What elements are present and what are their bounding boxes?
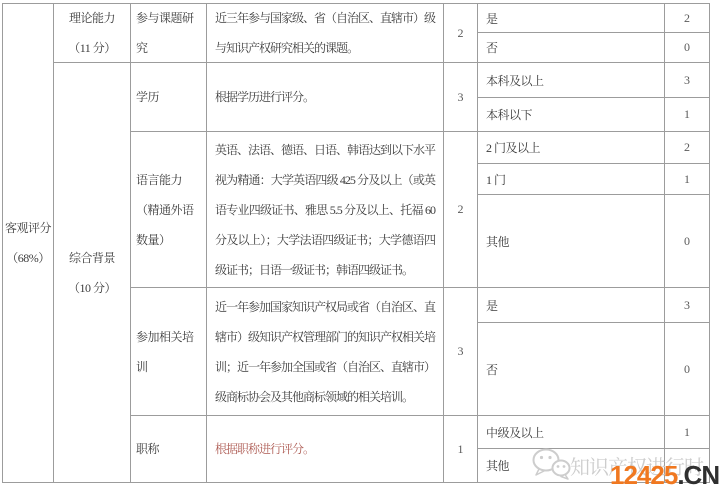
option-label: 本科以下 xyxy=(478,98,665,132)
item-name-language: 语言能力（精通外语数量） xyxy=(131,132,207,288)
group-score-note: （10 分） xyxy=(68,273,116,303)
item-score-education: 3 xyxy=(444,63,478,132)
option-points: 0 xyxy=(665,195,710,288)
category-label: 客观评分 xyxy=(5,213,51,243)
option-points: 1 xyxy=(665,164,710,195)
option-points: 3 xyxy=(665,63,710,98)
item-score-title: 1 xyxy=(444,416,478,483)
option-label: 是 xyxy=(478,4,665,33)
item-score-research: 2 xyxy=(444,4,478,63)
item-desc-training: 近一年参加国家知识产权局或省（自治区、直辖市）级知识产权管理部门的知识产权相关培… xyxy=(207,288,444,416)
option-points: 1 xyxy=(665,416,710,449)
option-label: 2 门及以上 xyxy=(478,132,665,164)
item-score-language: 2 xyxy=(444,132,478,288)
scoring-table: 客观评分 （68%） 理论能力 （11 分） 综合背景 （10 分） 参与课题研… xyxy=(2,3,710,483)
option-points: 2 xyxy=(665,132,710,164)
option-points: 2 xyxy=(665,4,710,33)
item-desc-title: 根据职称进行评分。 xyxy=(207,416,444,483)
option-label: 否 xyxy=(478,323,665,416)
group-score-note: （11 分） xyxy=(68,33,116,63)
group-theory-cell: 理论能力 （11 分） xyxy=(54,4,131,63)
option-points: 0 xyxy=(665,33,710,63)
group-label: 理论能力 xyxy=(68,4,116,33)
option-label: 1 门 xyxy=(478,164,665,195)
option-label: 否 xyxy=(478,33,665,63)
item-desc-language: 英语、法语、德语、日语、韩语达到以下水平视为精通：大学英语四级 425 分及以上… xyxy=(207,132,444,288)
option-label: 是 xyxy=(478,288,665,323)
category-cell: 客观评分 （68%） xyxy=(3,4,54,483)
item-name-title: 职称 xyxy=(131,416,207,483)
option-label: 中级及以上 xyxy=(478,416,665,449)
option-points: 0 xyxy=(665,323,710,416)
item-desc-research: 近三年参与国家级、省（自治区、直辖市）级与知识产权研究相关的课题。 xyxy=(207,4,444,63)
option-label: 其他 xyxy=(478,195,665,288)
option-points: 3 xyxy=(665,288,710,323)
option-label: 其他 xyxy=(478,449,665,483)
item-name-research: 参与课题研究 xyxy=(131,4,207,63)
option-points xyxy=(665,449,710,483)
item-name-education: 学历 xyxy=(131,63,207,132)
option-points: 1 xyxy=(665,98,710,132)
group-background-cell: 综合背景 （10 分） xyxy=(54,63,131,483)
item-desc-education: 根据学历进行评分。 xyxy=(207,63,444,132)
item-name-training: 参加相关培训 xyxy=(131,288,207,416)
category-percent: （68%） xyxy=(5,243,51,273)
item-score-training: 3 xyxy=(444,288,478,416)
group-label: 综合背景 xyxy=(68,243,116,273)
option-label: 本科及以上 xyxy=(478,63,665,98)
